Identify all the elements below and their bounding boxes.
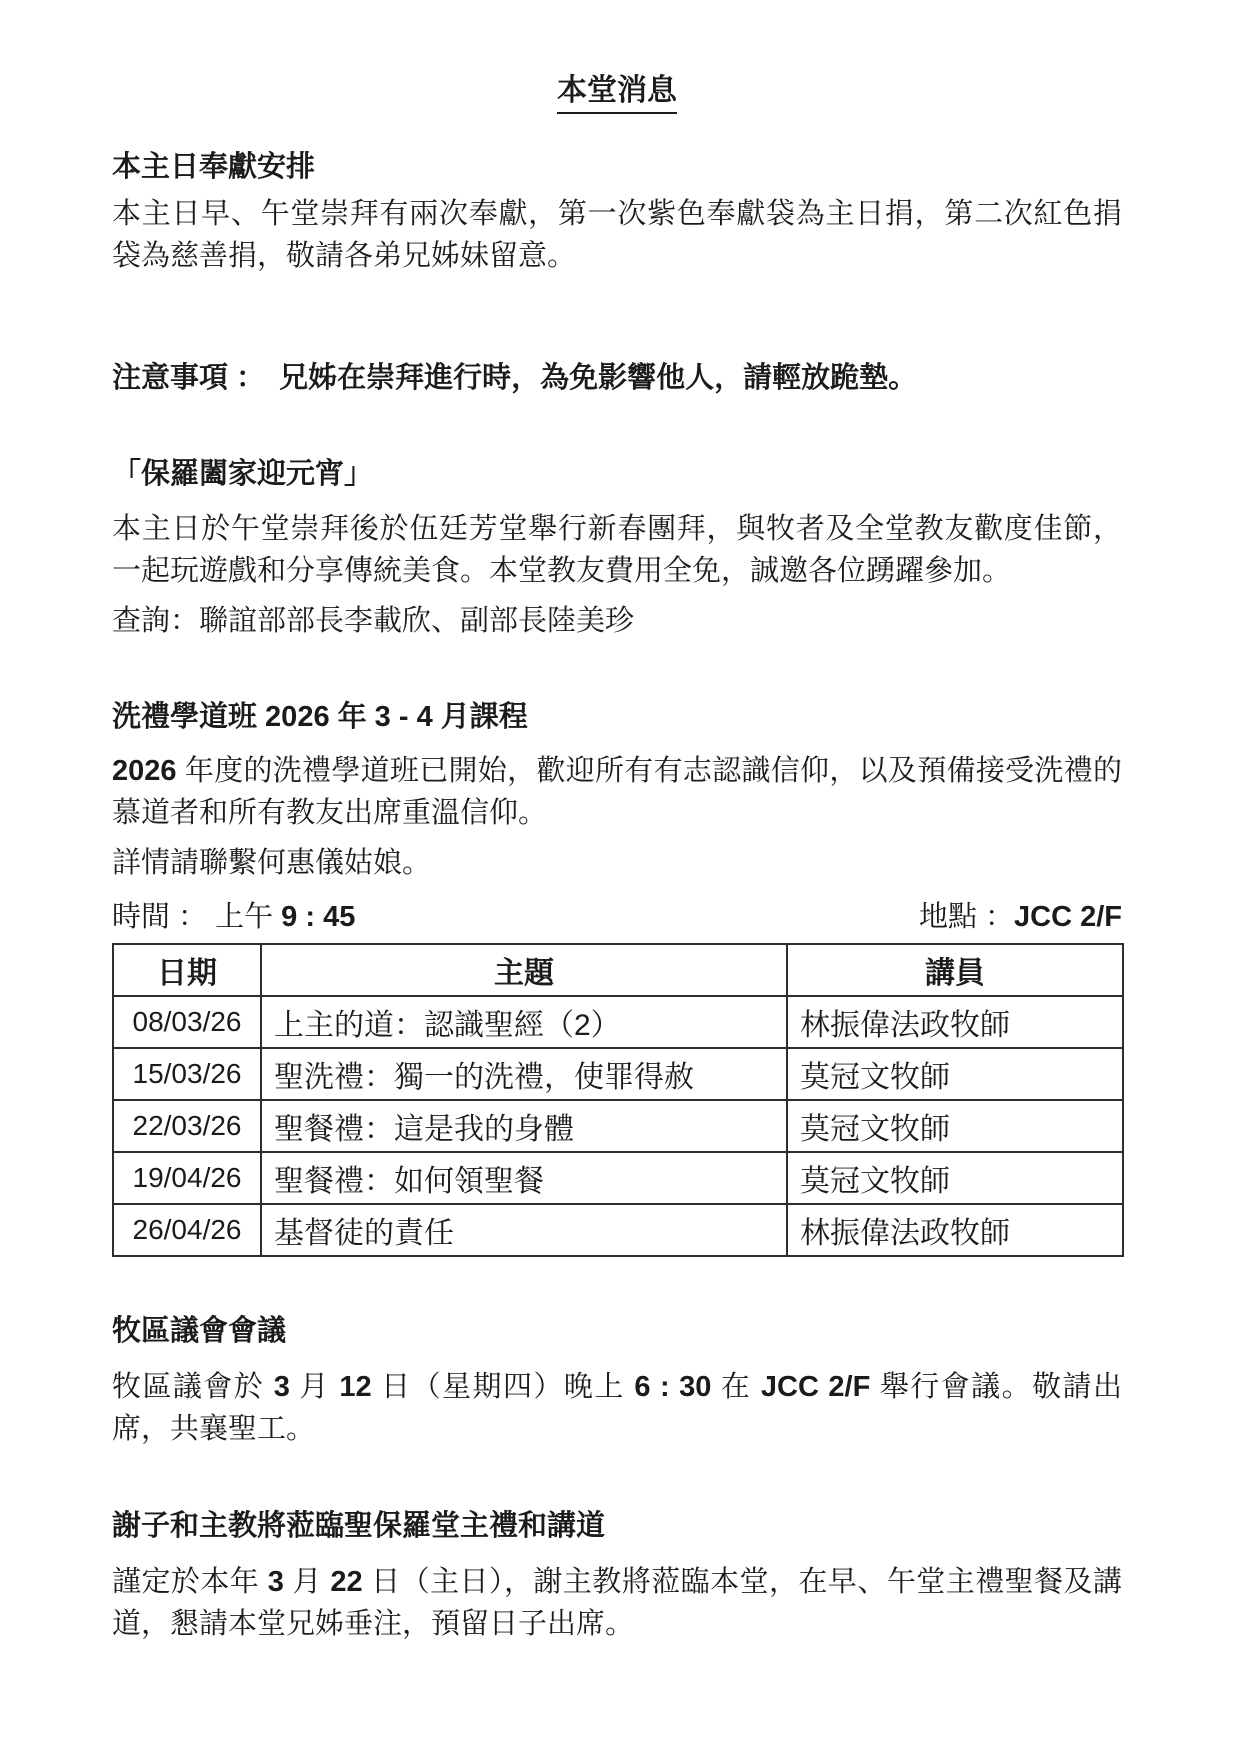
- council-venue-text: JCC 2/F: [761, 1371, 870, 1403]
- lantern-heading: 「保羅闔家迎元宵」: [112, 456, 1122, 492]
- baptism-contact: 詳情請聯繫何惠儀姑娘。: [112, 842, 1122, 884]
- header-speaker: 講員: [787, 944, 1123, 996]
- venue-label: 地點 ：: [919, 901, 1014, 933]
- council-month-num: 3: [274, 1371, 290, 1403]
- baptism-heading: 洗禮學道班 2026 年 3 - 4 月課程: [112, 699, 1122, 735]
- row-date: 26/04/26: [113, 1204, 261, 1256]
- lantern-enquiry: 查詢：聯誼部部長李載欣、副部長陸美珍: [112, 600, 1122, 642]
- baptism-body-text: 年度的洗禮學道班已開始，歡迎所有有志認識信仰，以及預備接受洗禮的慕道者和所有教友…: [112, 755, 1122, 829]
- council-time-num: 6 : 30: [634, 1371, 711, 1403]
- offering-heading: 本主日奉獻安排: [112, 149, 1122, 185]
- row-topic: 聖洗禮：獨一的洗禮，使罪得赦: [261, 1048, 787, 1100]
- council-run: 在: [711, 1371, 760, 1403]
- section-offering: 本主日奉獻安排 本主日早、午堂崇拜有兩次奉獻，第一次紫色奉獻袋為主日捐，第二次紅…: [112, 149, 1122, 277]
- section-baptism-class: 洗禮學道班 2026 年 3 - 4 月課程 2026 年度的洗禮學道班已開始，…: [112, 699, 1122, 1257]
- venue-value: JCC 2/F: [1014, 901, 1122, 933]
- bulletin-page: 本堂消息 本主日奉獻安排 本主日早、午堂崇拜有兩次奉獻，第一次紫色奉獻袋為主日捐…: [0, 0, 1240, 1754]
- row-date: 22/03/26: [113, 1100, 261, 1152]
- class-venue: 地點 ：JCC 2/F: [919, 896, 1122, 938]
- council-day-num: 12: [339, 1371, 371, 1403]
- table-row: 15/03/26 聖洗禮：獨一的洗禮，使罪得赦 莫冠文牧師: [113, 1048, 1123, 1100]
- row-speaker: 莫冠文牧師: [787, 1048, 1123, 1100]
- row-speaker: 林振偉法政牧師: [787, 1204, 1123, 1256]
- council-run: 牧區議會於: [112, 1371, 274, 1403]
- page-title: 本堂消息: [112, 72, 1122, 114]
- section-lantern: 「保羅闔家迎元宵」 本主日於午堂崇拜後於伍廷芳堂舉行新春團拜，與牧者及全堂教友歡…: [112, 456, 1122, 642]
- time-venue-row: 時間 ： 上午 9 : 45 地點 ：JCC 2/F: [112, 896, 1122, 938]
- class-schedule-table: 日期 主題 講員 08/03/26 上主的道：認識聖經（2） 林振偉法政牧師 1…: [112, 943, 1124, 1257]
- bishop-day-num: 22: [330, 1566, 362, 1598]
- header-date: 日期: [113, 944, 261, 996]
- row-date: 19/04/26: [113, 1152, 261, 1204]
- bishop-heading: 謝子和主教將蒞臨聖保羅堂主禮和講道: [112, 1508, 1122, 1544]
- council-run: 日（星期四）晚上: [372, 1371, 635, 1403]
- bishop-month-num: 3: [268, 1566, 284, 1598]
- baptism-year: 2026: [112, 755, 177, 787]
- row-speaker: 林振偉法政牧師: [787, 996, 1123, 1048]
- time-label: 時間 ： 上午: [112, 901, 281, 933]
- council-heading: 牧區議會會議: [112, 1313, 1122, 1349]
- table-row: 22/03/26 聖餐禮：這是我的身體 莫冠文牧師: [113, 1100, 1123, 1152]
- row-topic: 聖餐禮：如何領聖餐: [261, 1152, 787, 1204]
- row-speaker: 莫冠文牧師: [787, 1152, 1123, 1204]
- section-council-meeting: 牧區議會會議 牧區議會於 3 月 12 日（星期四）晚上 6 : 30 在 JC…: [112, 1313, 1122, 1450]
- table-row: 26/04/26 基督徒的責任 林振偉法政牧師: [113, 1204, 1123, 1256]
- row-topic: 上主的道：認識聖經（2）: [261, 996, 787, 1048]
- schedule-header-row: 日期 主題 講員: [113, 944, 1123, 996]
- council-body: 牧區議會於 3 月 12 日（星期四）晚上 6 : 30 在 JCC 2/F 舉…: [112, 1366, 1122, 1450]
- section-bishop-visit: 謝子和主教將蒞臨聖保羅堂主禮和講道 謹定於本年 3 月 22 日（主日），謝主教…: [112, 1508, 1122, 1645]
- row-topic: 聖餐禮：這是我的身體: [261, 1100, 787, 1152]
- notice-body: 兄姊在崇拜進行時，為免影響他人，請輕放跪墊。: [279, 362, 917, 394]
- row-date: 15/03/26: [113, 1048, 261, 1100]
- bishop-body: 謹定於本年 3 月 22 日（主日），謝主教將蒞臨本堂，在早、午堂主禮聖餐及講道…: [112, 1561, 1122, 1645]
- row-speaker: 莫冠文牧師: [787, 1100, 1123, 1152]
- baptism-body: 2026 年度的洗禮學道班已開始，歡迎所有有志認識信仰，以及預備接受洗禮的慕道者…: [112, 750, 1122, 834]
- offering-body: 本主日早、午堂崇拜有兩次奉獻，第一次紫色奉獻袋為主日捐，第二次紅色捐袋為慈善捐，…: [112, 193, 1122, 277]
- council-run: 月: [290, 1371, 339, 1403]
- bishop-run: 月: [284, 1566, 330, 1598]
- row-date: 08/03/26: [113, 996, 261, 1048]
- notice-label: 注意事項 ：: [112, 362, 265, 394]
- bishop-run: 謹定於本年: [112, 1566, 268, 1598]
- lantern-body: 本主日於午堂崇拜後於伍廷芳堂舉行新春團拜，與牧者及全堂教友歡度佳節，一起玩遊戲和…: [112, 508, 1122, 592]
- table-row: 08/03/26 上主的道：認識聖經（2） 林振偉法政牧師: [113, 996, 1123, 1048]
- time-value: 9 : 45: [281, 901, 355, 933]
- class-time: 時間 ： 上午 9 : 45: [112, 896, 355, 938]
- row-topic: 基督徒的責任: [261, 1204, 787, 1256]
- page-title-text: 本堂消息: [557, 72, 677, 114]
- header-topic: 主題: [261, 944, 787, 996]
- table-row: 19/04/26 聖餐禮：如何領聖餐 莫冠文牧師: [113, 1152, 1123, 1204]
- notice-line: 注意事項 ：兄姊在崇拜進行時，為免影響他人，請輕放跪墊。: [112, 357, 1122, 399]
